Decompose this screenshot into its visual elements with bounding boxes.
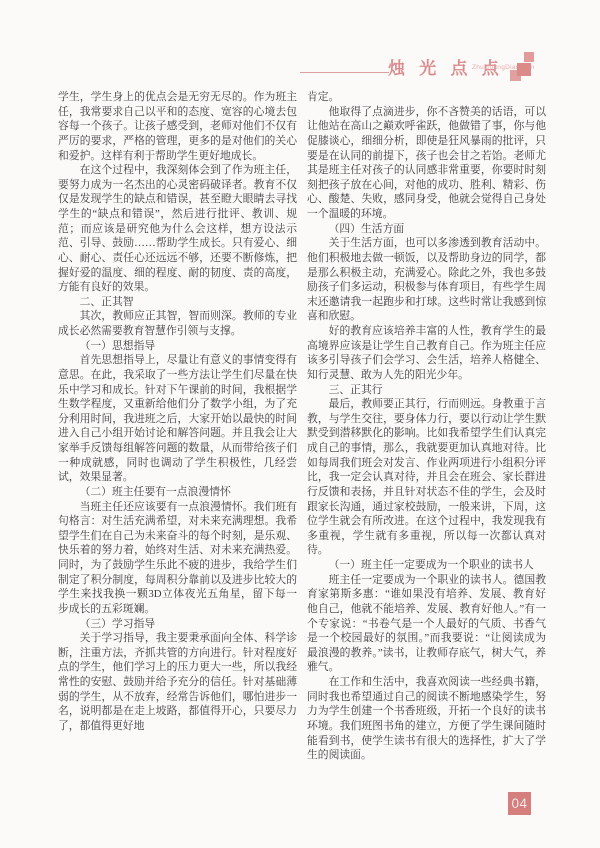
right-column: 肯定。 他取得了点滴进步，你不吝赞美的话语，可以让他站在高山之巅欢呼雀跃，他做错… [307,90,546,763]
decorative-square-icon [510,70,521,81]
page-number-badge: 04 [508,792,531,815]
subsection-heading: （一）思想指导 [58,339,297,354]
paragraph: 首先思想指导上，尽量让有意义的事情变得有意思。在此，我采取了一些方法让学生们尽量… [58,353,297,485]
section-heading: 三、正其行 [307,383,546,398]
page-header: 烛 光 点 点 ZhuGuangDianDian [0,0,600,86]
subsection-heading: （三）学习指导 [58,617,297,632]
paragraph-continuation: 肯定。 [307,90,546,105]
paragraph: 在这个过程中，我深刻体会到了作为班主任，要努力成为一名杰出的心灵密码破译者。教育… [58,163,297,295]
paragraph: 其次，教师应正其智，智而则深。教师的专业成长必然需要教育智慧作引领与支撑。 [58,309,297,338]
page-number: 04 [511,796,527,811]
subsection-heading: （一）班主任一定要成为一个职业的读书人 [307,558,546,573]
paragraph-continuation: 学生，学生身上的优点会是无穷无尽的。作为班主任，我常要求自己以平和的态度、宽容的… [58,90,297,163]
left-column: 学生，学生身上的优点会是无穷无尽的。作为班主任，我常要求自己以平和的态度、宽容的… [58,90,297,734]
paragraph: 最后，教师要正其行，行而则远。身教重于言教，与学生交往，要身体力行，要以行动让学… [307,397,546,558]
paragraph: 他取得了点滴进步，你不吝赞美的话语，可以让他站在高山之巅欢呼雀跃，他做错了事，你… [307,105,546,222]
paragraph: 好的教育应该培养丰富的人性，教育学生的最高境界应该是让学生自己教育自己。作为班主… [307,324,546,383]
section-heading: 二、正其智 [58,295,297,310]
subsection-heading: （四）生活方面 [307,222,546,237]
paragraph: 关于学习指导，我主要秉承面向全体、科学诊断，注重方法，齐抓共管的方向进行。针对程… [58,631,297,733]
subsection-heading: （二）班主任要有一点浪漫情怀 [58,485,297,500]
paragraph: 在工作和生活中，我喜欢阅读一些经典书籍，同时我也希望通过自己的阅读不断地感染学生… [307,675,546,763]
paragraph: 班主任一定要成为一个职业的读书人。德国教育家第斯多惠：“谁如果没有培养、发展、教… [307,573,546,675]
paragraph: 关于生活方面，也可以多渗透到教育活动中。他们积极地去做一顿饭，以及帮助身边的同学… [307,236,546,324]
decorative-square-icon [524,52,534,62]
paragraph: 当班主任还应该要有一点浪漫情怀。我们班有句格言：对生活充满希望，对未来充满理想。… [58,500,297,617]
header-underline [300,72,389,73]
magazine-page: 烛 光 点 点 ZhuGuangDianDian 学生，学生身上的优点会是无穷无… [0,0,600,848]
